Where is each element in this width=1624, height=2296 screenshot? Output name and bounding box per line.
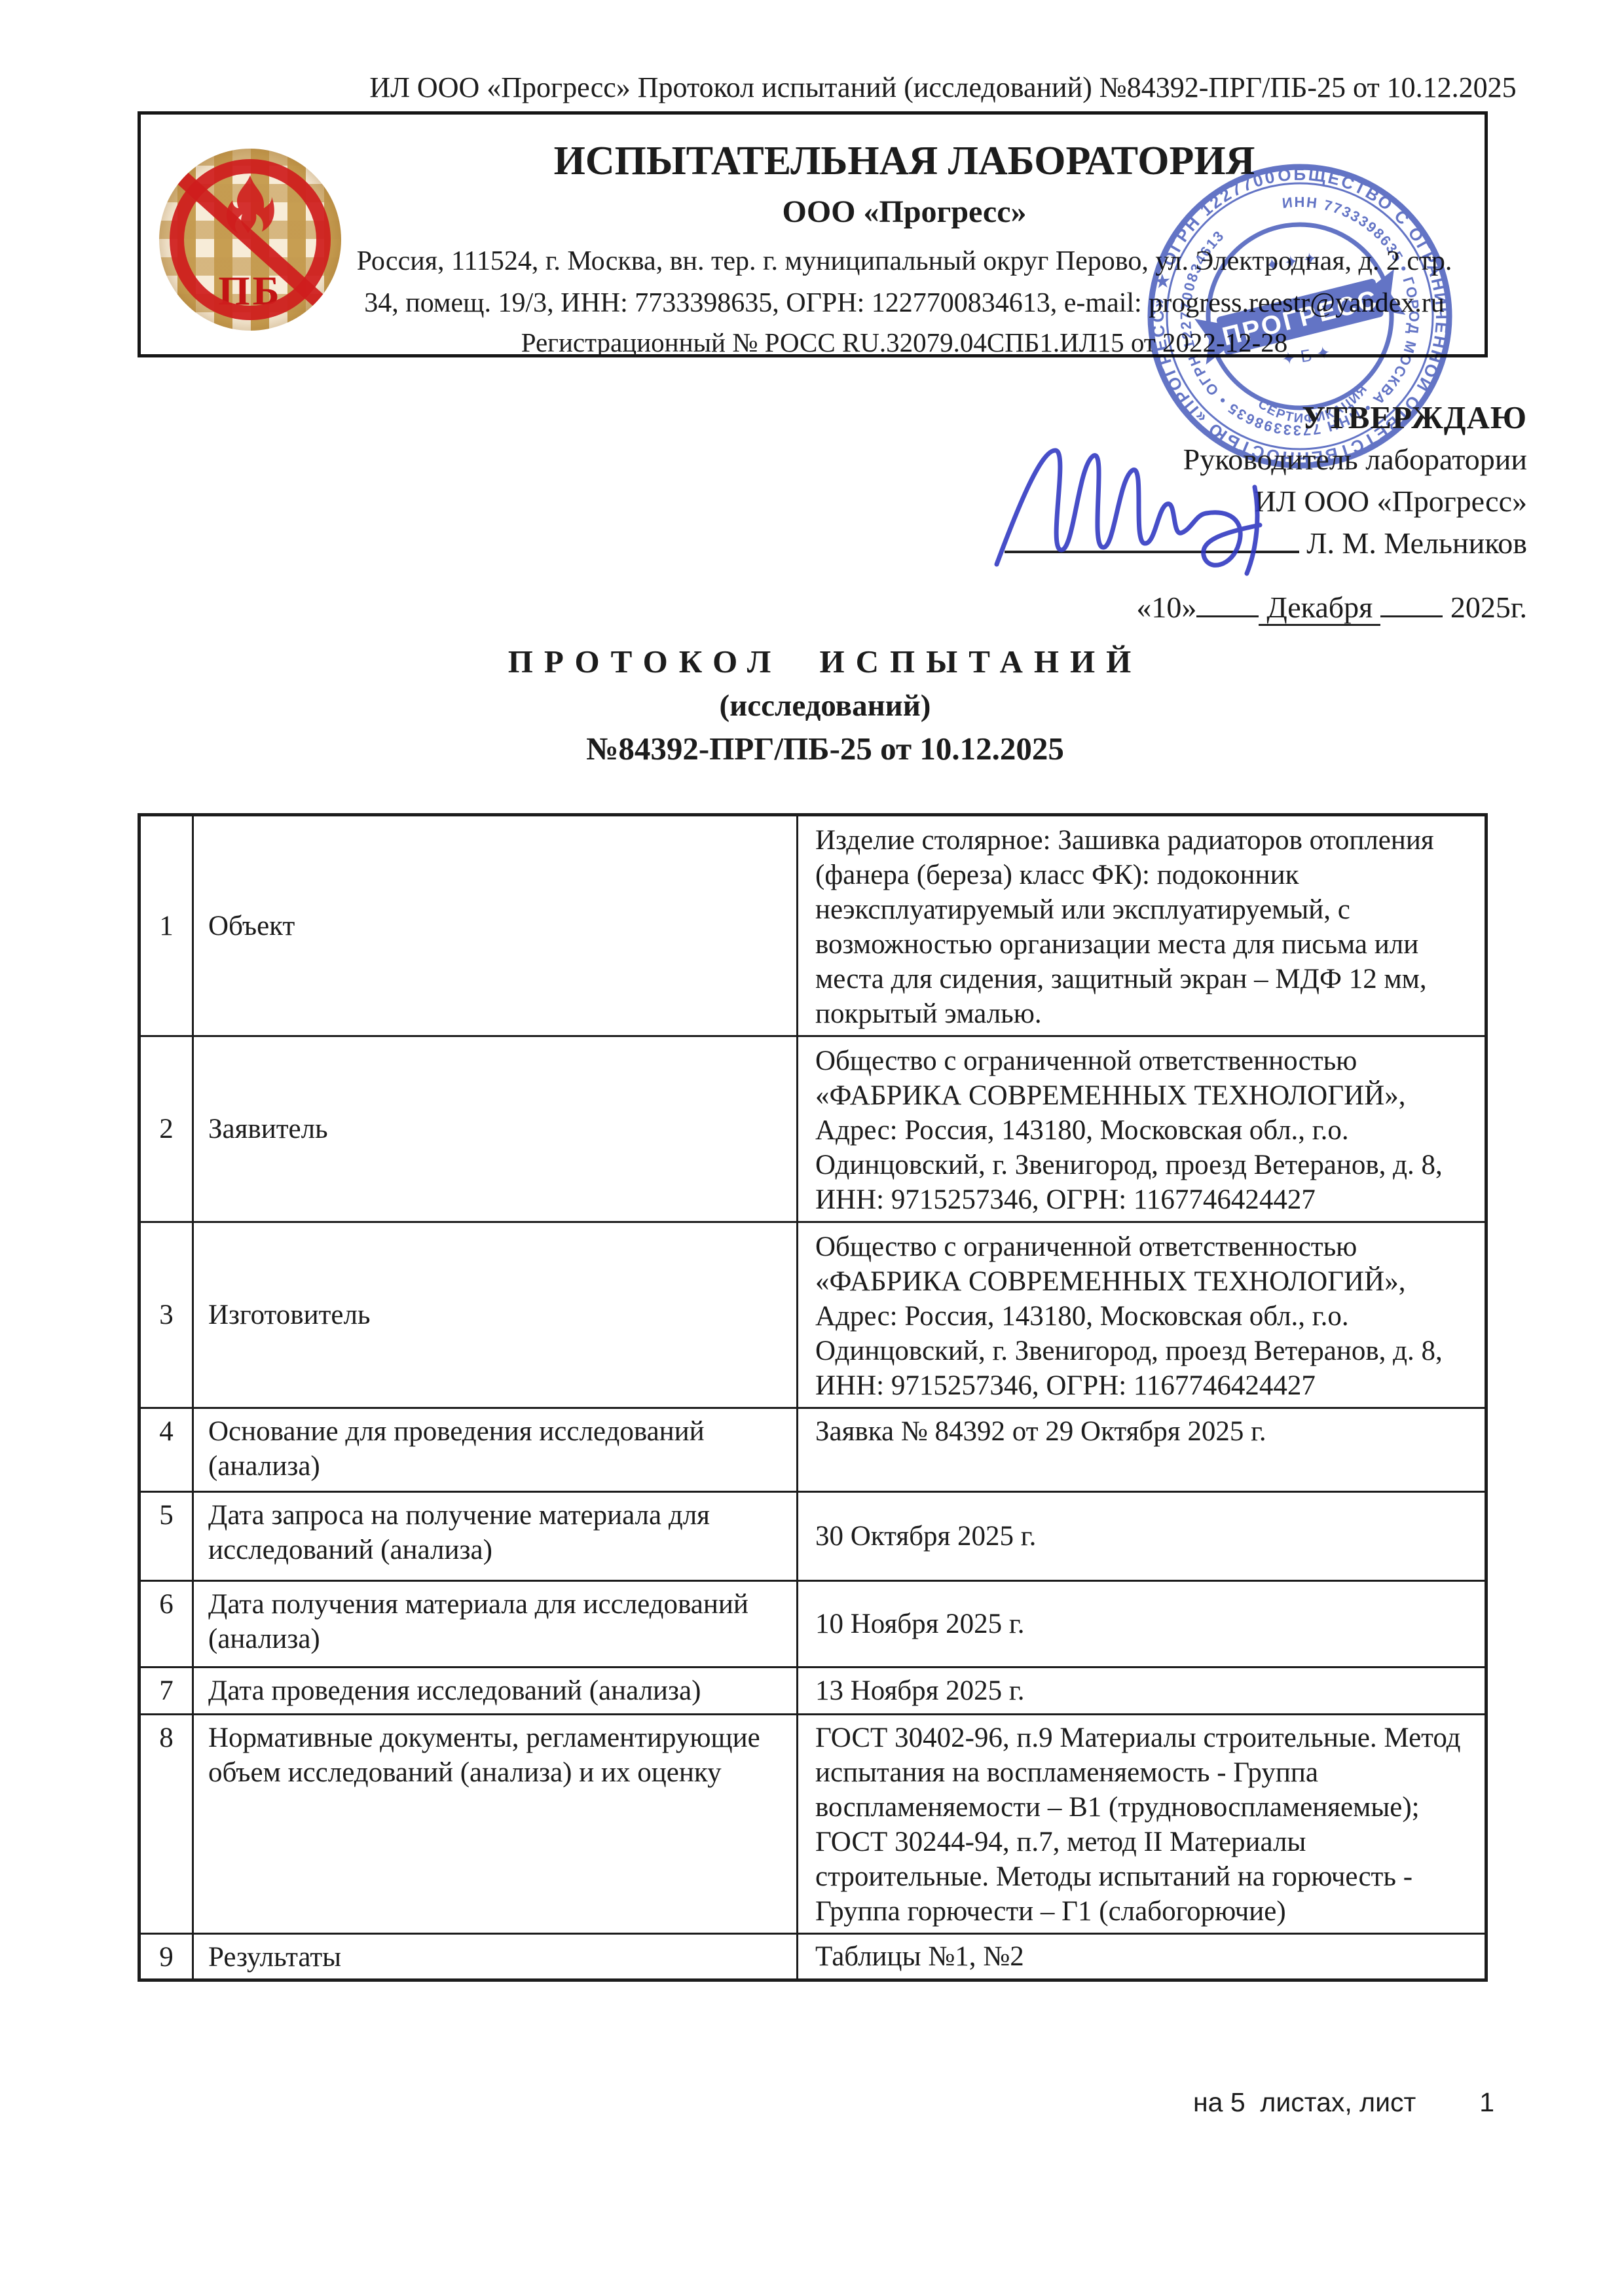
- approval-date: «10»Декабря 2025г.: [840, 587, 1527, 629]
- row-number: 3: [139, 1222, 193, 1408]
- row-number: 1: [139, 815, 193, 1036]
- lab-org-name: ООО «Прогресс»: [344, 194, 1465, 230]
- protocol-title: ПРОТОКОЛ ИСПЫТАНИЙ: [170, 643, 1480, 680]
- row-label: Результаты: [193, 1934, 798, 1980]
- page-number: 1: [1479, 2087, 1494, 2118]
- table-row: 5 Дата запроса на получение материала дл…: [139, 1492, 1486, 1581]
- row-number: 9: [139, 1934, 193, 1980]
- signature-icon: [985, 410, 1352, 580]
- protocol-table: 1 Объект Изделие столярное: Зашивка ради…: [138, 813, 1488, 1982]
- signature-row: Л. М. Мельников: [840, 522, 1527, 564]
- date-underline: [1380, 610, 1443, 617]
- running-header: ИЛ ООО «Прогресс» Протокол испытаний (ис…: [367, 71, 1519, 104]
- row-number: 7: [139, 1667, 193, 1715]
- table-row: 2 Заявитель Общество с ограниченной отве…: [139, 1036, 1486, 1222]
- approval-block: УТВЕРЖДАЮ Руководитель лаборатории ИЛ ОО…: [840, 397, 1527, 629]
- row-number: 4: [139, 1408, 193, 1492]
- row-label: Изготовитель: [193, 1222, 798, 1408]
- lab-address: Россия, 111524, г. Москва, вн. тер. г. м…: [344, 240, 1465, 324]
- row-label: Дата запроса на получение материала для …: [193, 1492, 798, 1581]
- row-label: Основание для проведения исследований (а…: [193, 1408, 798, 1492]
- lab-registration: Регистрационный № РОСС RU.32079.04СПБ1.И…: [344, 327, 1465, 358]
- page-footer: на 5 листах, лист 1: [1193, 2087, 1494, 2118]
- row-label: Объект: [193, 815, 798, 1036]
- row-number: 6: [139, 1581, 193, 1667]
- row-label: Нормативные документы, регламентирующие …: [193, 1715, 798, 1934]
- table-row: 8 Нормативные документы, регламентирующи…: [139, 1715, 1486, 1934]
- row-number: 8: [139, 1715, 193, 1934]
- table-row: 6 Дата получения материала для исследова…: [139, 1581, 1486, 1667]
- table-row: 7 Дата проведения исследований (анализа)…: [139, 1667, 1486, 1715]
- row-number: 5: [139, 1492, 193, 1581]
- date-month: Декабря: [1259, 591, 1380, 626]
- table-row: 3 Изготовитель Общество с ограниченной о…: [139, 1222, 1486, 1408]
- date-underline: [1196, 610, 1259, 617]
- row-value: 10 Ноября 2025 г.: [798, 1581, 1486, 1667]
- row-label: Дата проведения исследований (анализа): [193, 1667, 798, 1715]
- letterhead-text: ИСПЫТАТЕЛЬНАЯ ЛАБОРАТОРИЯ ООО «Прогресс»…: [344, 115, 1485, 358]
- protocol-number: №84392-ПРГ/ПБ-25 от 10.12.2025: [170, 730, 1480, 767]
- fire-safety-logo-icon: ПБ: [159, 149, 341, 331]
- row-value: Таблицы №1, №2: [798, 1934, 1486, 1980]
- row-value: Изделие столярное: Зашивка радиаторов от…: [798, 815, 1486, 1036]
- lab-logo-area: ПБ: [141, 115, 344, 354]
- protocol-title-block: ПРОТОКОЛ ИСПЫТАНИЙ (исследований) №84392…: [170, 643, 1480, 767]
- date-day: «10»: [1136, 591, 1196, 624]
- lab-title: ИСПЫТАТЕЛЬНАЯ ЛАБОРАТОРИЯ: [344, 138, 1465, 185]
- row-value: Общество с ограниченной ответственностью…: [798, 1036, 1486, 1222]
- row-value: Заявка № 84392 от 29 Октября 2025 г.: [798, 1408, 1486, 1492]
- row-label: Дата получения материала для исследовани…: [193, 1581, 798, 1667]
- protocol-subtitle: (исследований): [170, 688, 1480, 723]
- sheets-count: на 5 листах, лист: [1193, 2087, 1416, 2118]
- date-year: 2025г.: [1450, 591, 1527, 624]
- letterhead-box: ПБ ИСПЫТАТЕЛЬНАЯ ЛАБОРАТОРИЯ ООО «Прогре…: [138, 111, 1488, 357]
- table-row: 4 Основание для проведения исследований …: [139, 1408, 1486, 1492]
- table-row: 9 Результаты Таблицы №1, №2: [139, 1934, 1486, 1980]
- table-row: 1 Объект Изделие столярное: Зашивка ради…: [139, 815, 1486, 1036]
- row-value: 13 Ноября 2025 г.: [798, 1667, 1486, 1715]
- row-value: Общество с ограниченной ответственностью…: [798, 1222, 1486, 1408]
- signature-line: [1005, 544, 1299, 553]
- row-label: Заявитель: [193, 1036, 798, 1222]
- row-value: 30 Октября 2025 г.: [798, 1492, 1486, 1581]
- row-number: 2: [139, 1036, 193, 1222]
- document-page: { "running_header": "ИЛ ООО «Прогресс» П…: [0, 0, 1624, 2296]
- row-value: ГОСТ 30402-96, п.9 Материалы строительны…: [798, 1715, 1486, 1934]
